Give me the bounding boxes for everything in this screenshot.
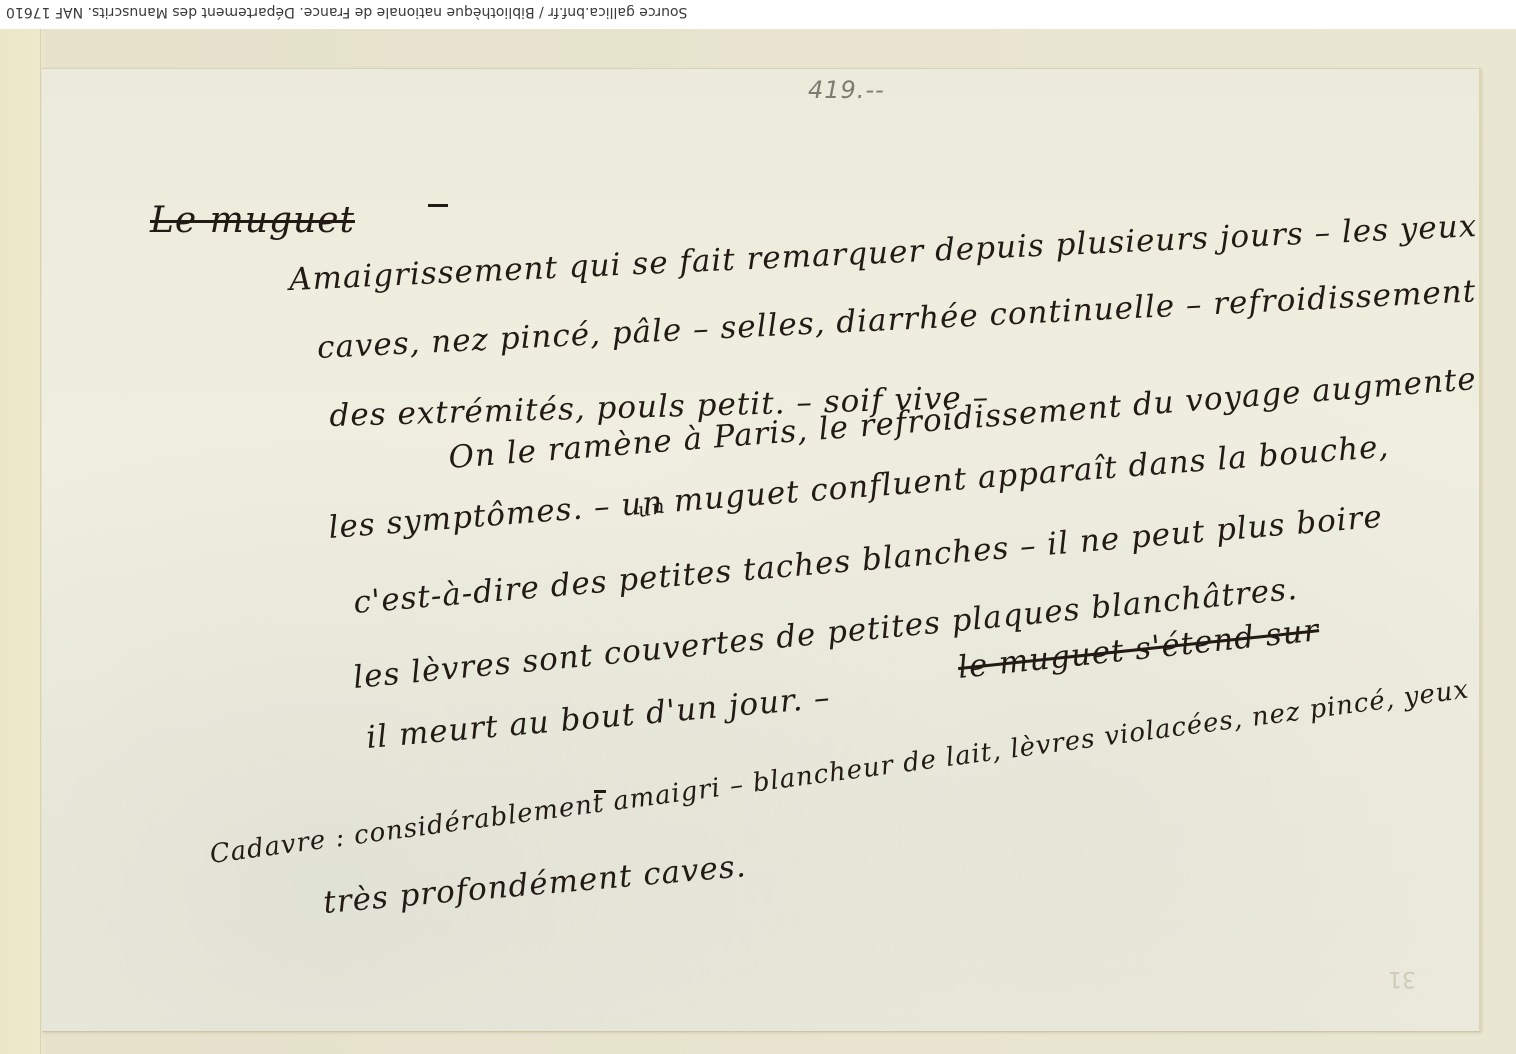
heading-dash <box>428 204 448 207</box>
mount-edge <box>40 29 41 1054</box>
faint-mark: 31 <box>1388 966 1416 991</box>
source-bar: Source gallica.bnf.fr / Bibliothèque nat… <box>0 0 1516 29</box>
folio-number: 419.-- <box>808 76 885 104</box>
source-attribution: Source gallica.bnf.fr / Bibliothèque nat… <box>6 4 687 20</box>
struck-heading: Le muguet <box>150 200 355 241</box>
